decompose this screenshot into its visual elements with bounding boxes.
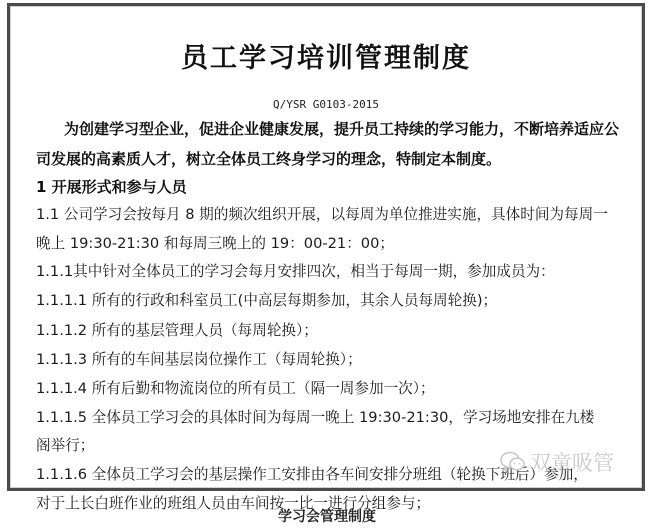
clause-line: 1.1.1.1 所有的行政和科室员工(中高层每期参加，其余人员每周轮换)； xyxy=(36,292,497,310)
clause-line: 1.1.1其中针对全体员工的学习会每月安排四次，相当于每周一期，参加成员为： xyxy=(36,263,555,281)
intro-line-1: 为创建学习型企业，促进企业健康发展，提升员工持续的学习能力，不断培养适应公 xyxy=(64,120,619,138)
intro-line-2: 司发展的高素质人才，树立全体员工终身学习的理念，特制定本制度。 xyxy=(36,150,501,168)
document-title: 员工学习培训管理制度 xyxy=(10,36,642,75)
clause-line: 1.1.1.4 所有后勤和物流岗位的所有员工（隔一周参加一次）； xyxy=(36,380,435,398)
clause-line: 1.1.1.5 全体员工学习会的具体时间为每周一晚上 19:30-21:30，学… xyxy=(36,409,594,427)
watermark: 双童吸管 xyxy=(500,447,614,477)
figure-caption: 学习会管理制度 xyxy=(0,506,654,526)
watermark-text: 双童吸管 xyxy=(530,447,614,477)
clause-line: 1.1.1.2 所有的基层管理人员（每周轮换）； xyxy=(36,322,318,340)
document-frame: 员工学习培训管理制度 Q/YSR G0103-2015 为创建学习型企业，促进企… xyxy=(7,3,645,491)
wechat-icon xyxy=(500,451,526,473)
clause-line: 晚上 19:30-21:30 和每周三晚上的 19：00-21：00； xyxy=(36,235,394,253)
clause-line: 阁举行； xyxy=(36,437,94,455)
clause-line: 1.1.1.3 所有的车间基层岗位操作工（每周轮换）； xyxy=(36,351,362,369)
clause-line: 1.1 公司学习会按每月 8 期的频次组织开展，以每周为单位推进实施，具体时间为… xyxy=(36,206,608,224)
section-heading: 1 开展形式和参与人员 xyxy=(36,178,187,196)
document-code: Q/YSR G0103-2015 xyxy=(10,98,642,111)
